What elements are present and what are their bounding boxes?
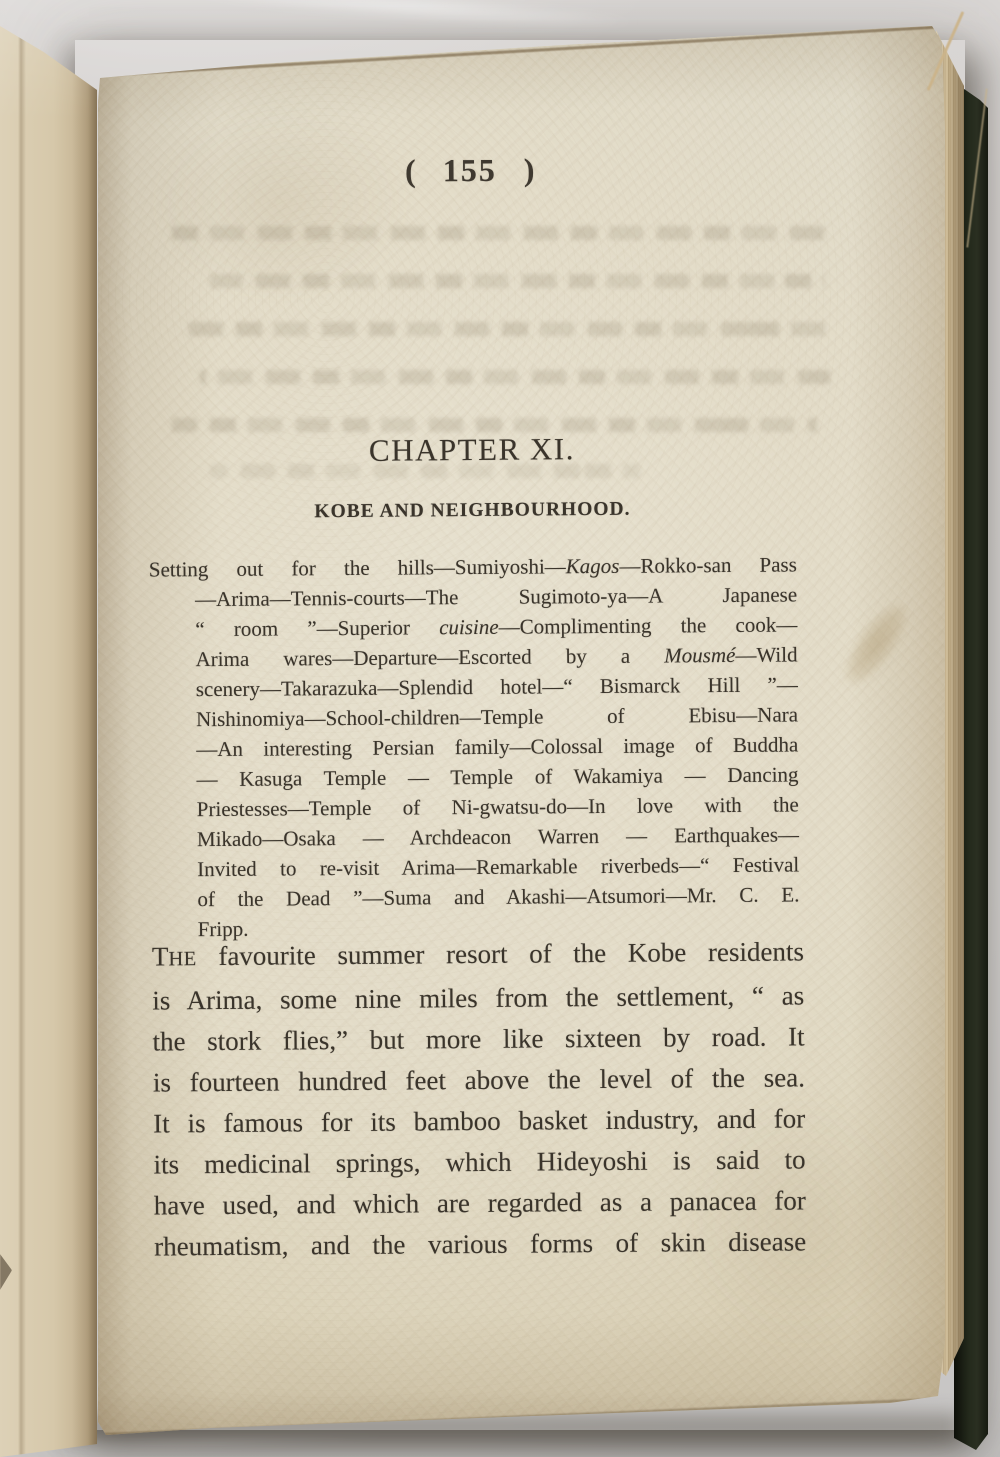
text-segment: Arima wares—Departure—Escorted by a xyxy=(195,644,664,672)
text-segment: —Wild xyxy=(735,642,797,666)
text-segment: scenery—Takarazuka—Splendid hotel—“ Bism… xyxy=(196,672,798,701)
text-segment: of the Dead ”—Suma and Akashi—Atsumori—M… xyxy=(197,882,799,911)
show-through-text xyxy=(210,274,825,288)
show-through-text xyxy=(200,370,830,384)
body-line: is Arima, some nine miles from the settl… xyxy=(152,975,804,1021)
small-caps-text: HE xyxy=(168,948,197,970)
text-segment: its medicinal springs, which Hideyoshi i… xyxy=(153,1144,805,1179)
body-line: have used, and which are regarded as a p… xyxy=(154,1180,806,1226)
text-segment: T xyxy=(152,941,169,971)
text-segment: is fourteen hundred feet above the level… xyxy=(153,1062,805,1097)
facing-page-edge xyxy=(0,0,97,1457)
body-paragraph: THE favourite summer resort of the Kobe … xyxy=(152,931,807,1267)
body-line: It is famous for its bamboo basket indus… xyxy=(153,1098,805,1144)
italic-text: Kagos xyxy=(566,554,620,578)
text-segment: Invited to re-visit Arima—Remarkable riv… xyxy=(197,852,799,881)
text-segment: the stork flies,” but more like sixteen … xyxy=(152,1021,804,1056)
italic-text: cuisine xyxy=(439,615,499,639)
chapter-synopsis: Setting out for the hills—Sumiyoshi—Kago… xyxy=(149,549,800,944)
text-segment: —Rokko-san Pass xyxy=(619,552,797,577)
marble-vein xyxy=(180,0,641,36)
text-segment: Setting out for the hills—Sumiyoshi— xyxy=(149,554,566,581)
text-segment: —Arima—Tennis-courts—The Sugimoto-ya—A J… xyxy=(195,582,797,611)
chapter-heading: CHAPTER XI. xyxy=(148,429,796,470)
text-segment: is Arima, some nine miles from the settl… xyxy=(152,980,804,1015)
photo-of-open-book: (155) CHAPTER XI. KOBE AND NEIGHBOURHOOD… xyxy=(0,0,1000,1457)
page-number: (155) xyxy=(146,149,794,191)
text-segment: have used, and which are regarded as a p… xyxy=(154,1185,806,1220)
synopsis-line: of the Dead ”—Suma and Akashi—Atsumori—M… xyxy=(151,879,799,914)
text-segment: Mikado—Osaka — Archdeacon Warren — Earth… xyxy=(197,822,799,851)
italic-text: Mousmé xyxy=(664,643,735,668)
text-segment: “ room ”—Superior xyxy=(195,615,439,641)
page-number-paren-close: ) xyxy=(524,152,535,188)
show-through-text xyxy=(172,226,827,240)
body-line: the stork flies,” but more like sixteen … xyxy=(152,1016,804,1062)
text-segment: It is famous for its bamboo basket indus… xyxy=(153,1103,805,1138)
book-page: (155) CHAPTER XI. KOBE AND NEIGHBOURHOOD… xyxy=(60,12,946,1442)
body-line: THE favourite summer resort of the Kobe … xyxy=(152,931,804,980)
body-line: is fourteen hundred feet above the level… xyxy=(153,1057,805,1103)
show-through-text xyxy=(178,322,828,336)
text-segment: rheumatism, and the various forms of ski… xyxy=(154,1226,806,1261)
text-segment: —An interesting Persian family—Colossal … xyxy=(196,732,798,761)
text-segment: Priestesses—Temple of Ni-gwatsu-do—In lo… xyxy=(197,792,799,821)
paper-blotch xyxy=(150,102,410,302)
body-line: rheumatism, and the various forms of ski… xyxy=(154,1221,806,1267)
text-segment: favourite summer resort of the Kobe resi… xyxy=(197,936,804,971)
text-segment: —Complimenting the cook— xyxy=(499,612,798,638)
page-number-paren-open: ( xyxy=(405,152,416,188)
page-number-value: 155 xyxy=(443,152,497,188)
text-segment: — Kasuga Temple — Temple of Wakamiya — D… xyxy=(196,762,798,791)
text-segment: Nishinomiya—School-children—Temple of Eb… xyxy=(196,702,798,731)
body-line: its medicinal springs, which Hideyoshi i… xyxy=(153,1139,805,1185)
